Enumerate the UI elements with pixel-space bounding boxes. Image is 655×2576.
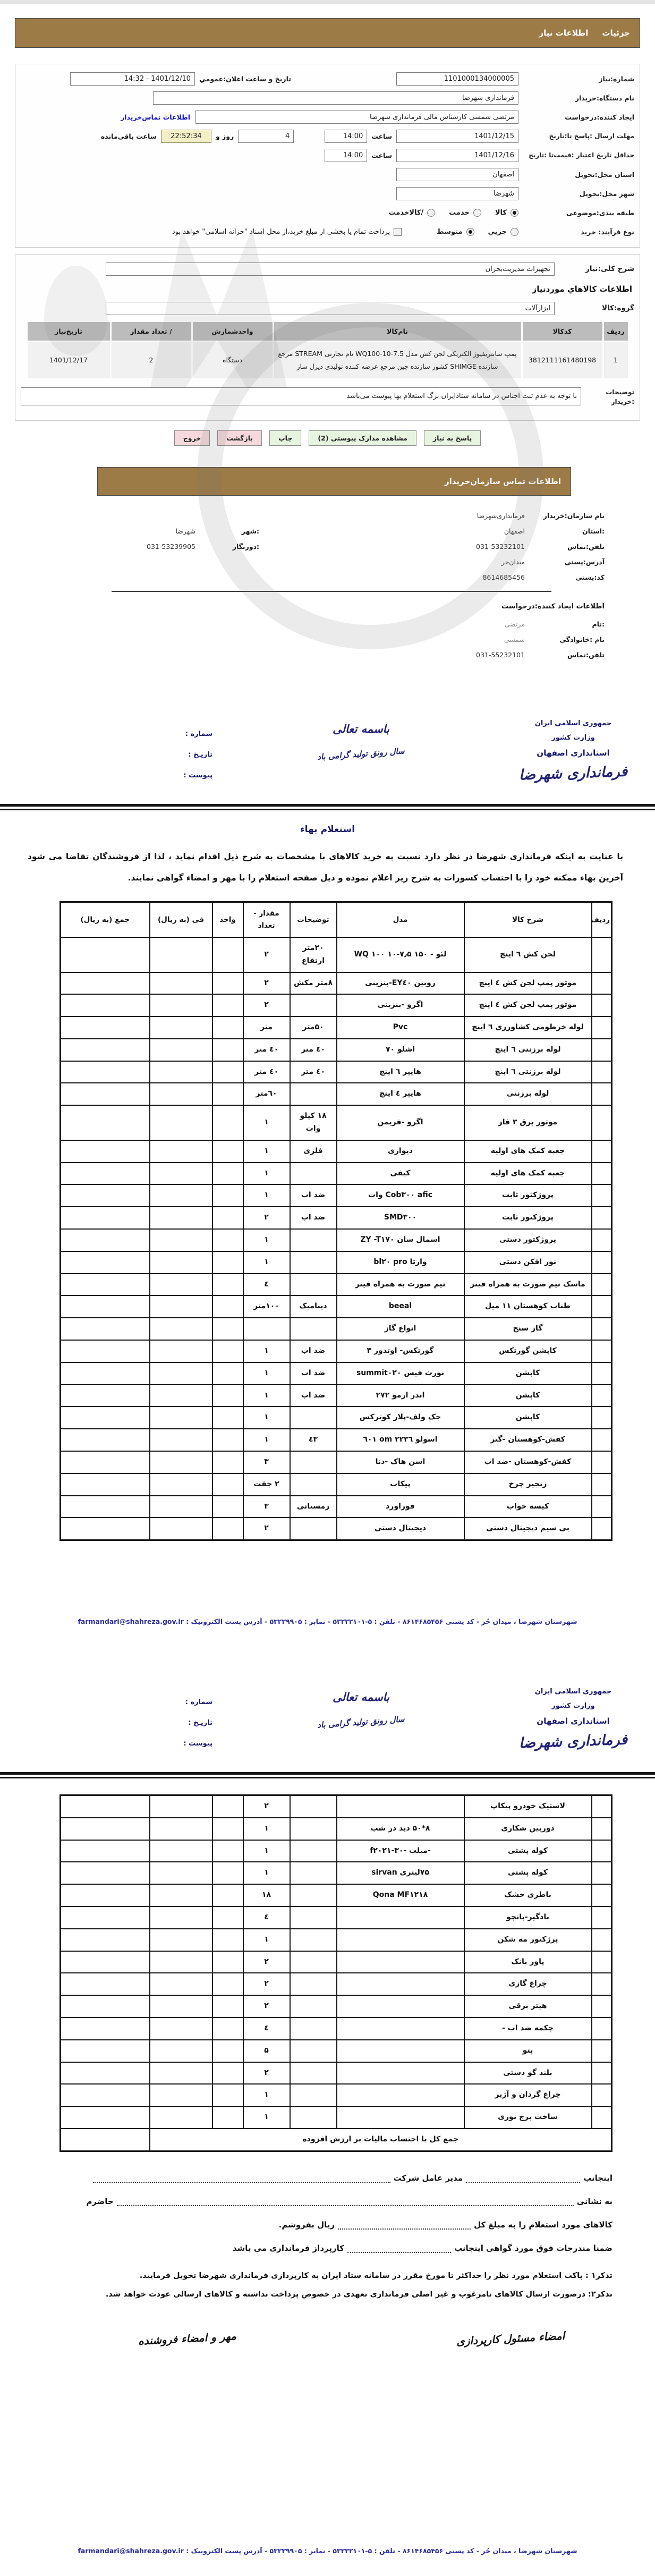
cell-model: روبین EY٤۰-بنزینی [337, 972, 464, 995]
doc-title: استعلام بهاء [0, 824, 655, 835]
cell-radif [592, 1039, 612, 1061]
cell-qty: ٤۰ متر [243, 1039, 290, 1061]
cell-radif [592, 1318, 612, 1340]
cell-qty: ۲ [243, 1973, 290, 1995]
cell-desc: جعبه کمک های اولیه [464, 1140, 592, 1163]
cell-qty: ۳ [243, 1451, 290, 1473]
col-radif: ردیف [604, 322, 628, 341]
cell-radif [592, 1840, 612, 1862]
org-postal-label: کد:پستی [525, 573, 605, 581]
cell-radif [592, 1518, 612, 1540]
radio-icon[interactable] [427, 209, 435, 217]
cell-price [150, 1884, 212, 1906]
tab-need-info[interactable]: اطلاعات نیاز [539, 28, 589, 38]
cell-unit [212, 1795, 243, 1818]
cell-total [61, 1207, 150, 1229]
cell-qty: ٤ [243, 1906, 290, 1929]
col-vahed: واحد [212, 902, 243, 937]
creator-fname-value: مرتضی [376, 620, 525, 628]
org-fax-label: :دورنگار [195, 543, 259, 550]
table-row: لوله برزنتی ٦ اینچ اشلو ۷۰ ٤۰ متر ٤۰ متر [61, 1039, 612, 1061]
cell-note [290, 1451, 337, 1473]
estelam-table-page1: ردیف شرح کالا مدل توضیحات مقدار - تعداد … [59, 901, 613, 1541]
cell-desc: کاپشن گورتکس [464, 1340, 592, 1362]
process-type-label: نوع فرآیند: خرید [518, 228, 634, 236]
cell-radif [592, 1818, 612, 1840]
action-button[interactable]: پاسخ به نیاز [424, 430, 481, 446]
cell-total [61, 2018, 150, 2040]
deadline-label: مهلت ارسال :پاسخ تا:تاریخ [518, 131, 634, 141]
cell-model [337, 1995, 464, 2018]
goods-info-heading: اطلاعات کالاهاي موردنیاز [23, 284, 632, 294]
cell-unit [212, 1951, 243, 1973]
cell-price [150, 1184, 212, 1207]
org-phone-value: 031-53232101 [376, 543, 525, 550]
cell-qty: ۲ [243, 2062, 290, 2084]
estelam-header-row: ردیف شرح کالا مدل توضیحات مقدار - تعداد … [61, 902, 612, 937]
radio-icon[interactable] [511, 209, 518, 217]
cell-price [150, 1207, 212, 1229]
cell-model: دیواری [337, 1140, 464, 1163]
cell-total [61, 1973, 150, 1995]
letterhead-county-calligraphy: فرمانداری شهرضا [509, 1731, 637, 1752]
cell-model: دیجیتال دستی [337, 1518, 464, 1540]
cell-desc: لوله برزنتی ٦ اینچ [464, 1061, 592, 1083]
table-row: لوله برزنتی ٦ اینچ هایپر ٦ اینچ ٤۰ متر ٤… [61, 1061, 612, 1083]
days-field[interactable]: 4 [238, 130, 294, 143]
cell-qty: ۱ [243, 1406, 290, 1429]
cell-price [150, 1016, 212, 1039]
cell-model [337, 2084, 464, 2106]
estelam-doc-page1: جمهوری اسلامی ایران وزارت کشور استانداری… [0, 707, 655, 1541]
cell-total [61, 1951, 150, 1973]
radio-icon[interactable] [473, 209, 481, 217]
cell-note [290, 1995, 337, 2018]
cell-radif [592, 1362, 612, 1385]
page1-footer: شهرستان شهرضا ، میدان حُر - کد پستی ۸۶۱۴… [0, 1617, 655, 1625]
cell-unit [212, 1496, 243, 1518]
cell-unit [212, 2062, 243, 2084]
classification-label: طبقه بندی:موضوعی [518, 209, 634, 217]
cell-model: beeal [337, 1295, 464, 1318]
letterhead-ministry: وزارت کشور [509, 734, 637, 742]
classification-radio-group: کالا خدمت /کالاخدمت [375, 209, 518, 217]
radio-label: جزيي [488, 228, 507, 236]
cell-total [61, 1229, 150, 1251]
cell-qty: ۱ [243, 1818, 290, 1840]
cell-unit: دستگاه [193, 342, 273, 378]
cell-radif [592, 1906, 612, 1929]
cell-model [337, 1795, 464, 1818]
cell-unit [212, 1973, 243, 1995]
cell-desc: پرژکتور مه شکن [464, 1929, 592, 1951]
cell-total [61, 1184, 150, 1207]
cell-unit [212, 1406, 243, 1429]
cell-price [150, 1995, 212, 2018]
cell-desc: کاپشن [464, 1362, 592, 1385]
cell-radif [592, 1016, 612, 1039]
tab-details[interactable]: جزئیات [602, 28, 630, 38]
cell-total [61, 1251, 150, 1274]
cell-total [61, 1163, 150, 1185]
cell-total [61, 1429, 150, 1451]
deadline-date-field[interactable]: 1401/12/15 [396, 130, 518, 143]
cell-radif [592, 1274, 612, 1296]
table-row: پروژکتور ثابت SMD۳۰۰ ضد اب ۲ [61, 1207, 612, 1229]
cell-unit [212, 1884, 243, 1906]
letterhead-center-column: باسمه تعالی سال رونق تولید گرامی باد [317, 1688, 405, 1754]
cell-note: ۸متر مکش [290, 972, 337, 995]
cell-note [290, 1518, 337, 1540]
grand-total-row: جمع کل با احتساب مالیات بر ارزش افزوده [61, 2129, 612, 2151]
letterhead-meta-column: شماره : تاریـخ : پیوست : [133, 719, 212, 786]
cell-unit [212, 1184, 243, 1207]
cell-note [290, 2040, 337, 2062]
buyer-contact-link[interactable]: اطلاعات تماس‌خریدار [121, 113, 190, 121]
letterhead: جمهوری اسلامی ایران وزارت کشور استانداری… [0, 1675, 655, 1754]
cell-note: ضد اب [290, 1340, 337, 1362]
cell-desc: لاستیک خودرو پیکاپ [464, 1795, 592, 1818]
table-row: ماسک نیم صورت به همراه فیتر نیم صورت به … [61, 1274, 612, 1296]
note-1: تذکر۱ : پاکت استعلام مورد نظر را حداکثر … [42, 2267, 613, 2285]
table-row: جعبه کمک های اولیه دیواری فلزی ۱ [61, 1140, 612, 1163]
table-row: زنجیر چرخ پیکاب ۲ جفت [61, 1473, 612, 1496]
cell-radif [592, 1140, 612, 1163]
cell-model [337, 2018, 464, 2040]
cell-note: دینامیک [290, 1295, 337, 1318]
cell-total [61, 1496, 150, 1518]
province-label: استان محل:تحویل [518, 171, 634, 179]
cell-note [290, 1818, 337, 1840]
letterhead-rule [0, 804, 655, 810]
cell-desc: گاز سنج [464, 1318, 592, 1340]
cell-radif [592, 1105, 612, 1140]
need-desc-field[interactable]: تجهیزات مدیریت‌بحران [106, 262, 555, 276]
city-field[interactable]: شهرضا [396, 187, 518, 200]
cell-price [150, 1862, 212, 1884]
col-meghdar: مقدار - تعداد [243, 902, 290, 937]
letter-number-label: شماره : [133, 724, 212, 744]
cell-qty: متر [243, 1016, 290, 1039]
cell-radif [592, 1473, 612, 1496]
cell-date: 1401/12/17 [28, 342, 110, 378]
cell-note [290, 1083, 337, 1105]
creator-field[interactable]: مرتضی شمسی کارشناس مالی فرمانداری شهرضا [195, 111, 518, 124]
cell-total [61, 1083, 150, 1105]
org-address-value: میدان‌حر [376, 558, 525, 566]
cell-desc: موتور پمپ لجن کش ٤ اینچ [464, 994, 592, 1016]
process-radio[interactable]: جزيي [488, 228, 519, 236]
org-contact-bar-title: اطلاعات تماس سازمان‌خریدار [445, 477, 561, 486]
treasury-checkbox-row[interactable]: پرداخت تمام یا بخشی از مبلغ خرید،از محل … [172, 228, 402, 236]
province-field[interactable]: اصفهان [396, 168, 518, 181]
cell-model [337, 1973, 464, 1995]
table-row: لاستیک خودرو پیکاپ ۲ [61, 1795, 612, 1818]
letter-attachment-label: پیوست : [133, 1733, 212, 1754]
cell-model: ۸*۵۰ دید در شب [337, 1818, 464, 1840]
letterhead-rule [0, 1772, 655, 1778]
cell-qty: ۱ [243, 1840, 290, 1862]
checkbox-icon[interactable] [394, 228, 402, 236]
cell-qty: 2 [112, 342, 191, 378]
cell-radif [592, 1184, 612, 1207]
table-row: طناب کوهستان ۱۱ میل beeal دینامیک ۱۰۰متر [61, 1295, 612, 1318]
cell-qty: ۱ [243, 1362, 290, 1385]
col-radif: ردیف [592, 902, 612, 937]
creator-lname-label: نام :خانوادگی [525, 635, 605, 643]
table-row: موتور پمپ لجن کش ٤ اینچ اگرو -بنزینی ۲ [61, 994, 612, 1016]
validity-time-field[interactable]: 14:00 [325, 149, 367, 162]
cell-name: پمپ سانتریفیوژ الکتریکی لجن کش مدل WQ100… [274, 342, 521, 378]
cell-total [61, 1016, 150, 1039]
announce-field[interactable]: 1401/12/10 - 14:32 [70, 72, 195, 86]
letter-number-label: شماره : [133, 1692, 212, 1713]
letterhead-country: جمهوری اسلامی ایران [509, 719, 637, 727]
cell-qty [243, 1318, 290, 1340]
cell-price [150, 1406, 212, 1429]
buyer-note-field[interactable]: با توجه به عدم ثبت اجناس در سامانه ستادا… [21, 387, 581, 405]
col-model: مدل [337, 902, 464, 937]
process-radio[interactable]: متوسط [437, 228, 474, 236]
cell-qty: ۱ [243, 1429, 290, 1451]
creator-label: ایجاد کننده:درخواست [518, 113, 634, 121]
action-button[interactable]: خروج [174, 430, 210, 446]
table-row: بادگیر-پانچو ٤ [61, 1906, 612, 1929]
cell-desc: ساخت برج نوری [464, 2106, 592, 2129]
cell-unit [212, 1429, 243, 1451]
cell-note: ٤۰ متر [290, 1039, 337, 1061]
deadline-time-field[interactable]: 14:00 [325, 130, 367, 143]
cell-qty: ۱ [243, 1140, 290, 1163]
validity-date-field[interactable]: 1401/12/16 [396, 149, 518, 162]
cell-total [61, 1995, 150, 2018]
cell-total [61, 1884, 150, 1906]
table-row: کاپشن اندر ارمو ۲۷۲ ضد اب ۱ [61, 1385, 612, 1407]
cell-price [150, 1906, 212, 1929]
treasury-checkbox-label: پرداخت تمام یا بخشی از مبلغ خرید،از محل … [172, 228, 390, 236]
cell-price [150, 1840, 212, 1862]
cell-model: Cob۳۰۰ afic وات [337, 1184, 464, 1207]
cell-model [337, 2106, 464, 2129]
cell-unit [212, 1251, 243, 1274]
buyer-org-label: نام دستگاه:خریدار [518, 94, 634, 102]
cell-index: 1 [604, 342, 628, 378]
procurement-screenshot: { "colors":{"accent_brown":"#9d7b47","bu… [0, 0, 655, 2576]
cell-note [290, 1884, 337, 1906]
buyer-org-field[interactable]: فرمانداری شهرضا [153, 91, 518, 105]
cell-price [150, 1140, 212, 1163]
cell-radif [592, 1951, 612, 1973]
cell-note: زمستانی [290, 1496, 337, 1518]
cell-qty: ٤ [243, 1274, 290, 1296]
table-row: چراغ گردان و آژیر ۱ [61, 2084, 612, 2106]
cell-desc: کاپشن [464, 1406, 592, 1429]
validity-hour-label: ساعت [371, 151, 392, 159]
cell-unit [212, 1362, 243, 1385]
radio-label: متوسط [437, 228, 462, 236]
action-button[interactable]: بازگشت [217, 430, 262, 446]
cell-model: اسولو om ۲۲۳٦ ٦۰۱ [337, 1429, 464, 1451]
cell-desc: چکمه ضد اب - [464, 2018, 592, 2040]
cell-total [61, 1862, 150, 1884]
cell-model: گورتکس- اوتدور ۳ [337, 1340, 464, 1362]
cell-qty: ۱ [243, 2106, 290, 2129]
cell-desc: لوله برزنتی [464, 1083, 592, 1105]
classification-radio[interactable]: خدمت [449, 209, 481, 217]
table-row: بی سیم دیجیتال دستی دیجیتال دستی ۲ [61, 1518, 612, 1540]
org-name-label: نام سازمان:خریدار [525, 512, 605, 520]
cell-desc: پروژکتور دستی [464, 1229, 592, 1251]
cell-unit [212, 1995, 243, 2018]
table-row: بلند گو دستی ۲ [61, 2062, 612, 2084]
cell-price [150, 2084, 212, 2106]
cell-desc: پروژکتور ثابت [464, 1184, 592, 1207]
table-row: کفش-کوهستان -گتر اسولو om ۲۲۳٦ ٦۰۱ ٤۳ ۱ [61, 1429, 612, 1451]
cell-desc: کوله پشتی [464, 1862, 592, 1884]
classification-radio[interactable]: کالا [495, 209, 518, 217]
cell-price [150, 1973, 212, 1995]
action-button[interactable]: چاپ [269, 430, 301, 446]
cell-model [337, 2040, 464, 2062]
cell-price [150, 1295, 212, 1318]
cell-price [150, 2018, 212, 2040]
cell-note [290, 1163, 337, 1185]
cell-radif [592, 1929, 612, 1951]
cell-radif [592, 972, 612, 995]
estelam-doc-page2: جمهوری اسلامی ایران وزارت کشور استانداری… [0, 1675, 655, 2345]
closing-text: ضمنا مندرجات فوق مورد گواهی اینجانب [454, 2243, 613, 2253]
cell-qty: ۲ [243, 1795, 290, 1818]
table-row: 1 3812111161480198 پمپ سانتریفیوژ الکتری… [28, 342, 628, 378]
cell-note [290, 2062, 337, 2084]
cell-desc: باطری خشک [464, 1884, 592, 1906]
cell-qty: ۲ جفت [243, 1473, 290, 1496]
cell-desc: طناب کوهستان ۱۱ میل [464, 1295, 592, 1318]
need-number-field[interactable]: 1101000134000005 [396, 72, 518, 86]
cell-radif [592, 1429, 612, 1451]
cell-radif [592, 1496, 612, 1518]
cell-price [150, 1429, 212, 1451]
cell-qty: ۵ [243, 2040, 290, 2062]
cell-unit [212, 1140, 243, 1163]
org-city-value: شهرضا [175, 527, 195, 535]
cell-model: وارتا bl۲۰ pro [337, 1251, 464, 1274]
cell-desc: ماسک نیم صورت به همراه فیتر [464, 1274, 592, 1296]
cell-note: ٤۳ [290, 1429, 337, 1451]
cell-note [290, 1862, 337, 1884]
cell-radif [592, 1340, 612, 1362]
cell-qty: ۱ [243, 1929, 290, 1951]
system-goods-table: ردیف کدکالا نام‌کالا واحدشمارش / تعداد م… [26, 320, 630, 380]
cell-model: نیم صورت به همراه فیتر [337, 1274, 464, 1296]
closing-line-3: کالاهای مورد استعلام را به مبلغ کل ریال … [42, 2220, 613, 2230]
cell-qty: ۱ [243, 1862, 290, 1884]
cell-price [150, 1795, 212, 1818]
letterhead: جمهوری اسلامی ایران وزارت کشور استانداری… [0, 707, 655, 786]
remaining-label: ساعت باقی‌مانده [101, 132, 157, 140]
cell-unit [212, 1083, 243, 1105]
cell-total [61, 1385, 150, 1407]
cell-code: 3812111161480198 [523, 342, 602, 378]
creator-lname-value: شمسی [376, 635, 525, 643]
browser-top-strip [0, 0, 655, 4]
table-row: پروژکتور ثابت Cob۳۰۰ afic وات ضد اب ۱ [61, 1184, 612, 1207]
letterhead-meta-column: شماره : تاریـخ : پیوست : [133, 1688, 212, 1754]
cell-note [290, 1318, 337, 1340]
cell-radif [592, 1795, 612, 1818]
col-sharh-kala: شرح کالا [464, 902, 592, 937]
cell-note: ۵۰متر [290, 1016, 337, 1039]
table-row: پرژکتور مه شکن ۱ [61, 1929, 612, 1951]
cell-total [61, 1362, 150, 1385]
cell-note [290, 1973, 337, 1995]
cell-price [150, 1251, 212, 1274]
letterhead-org-column: جمهوری اسلامی ایران وزارت کشور استانداری… [509, 1688, 637, 1754]
cell-note: ۲۰متر ارتفاع [290, 937, 337, 972]
cell-unit [212, 2040, 243, 2062]
cell-qty: ٤ [243, 2018, 290, 2040]
cell-radif [592, 1406, 612, 1429]
cell-unit [212, 1295, 243, 1318]
need-desc-label: شرح کلی:نیاز [555, 265, 634, 273]
radio-label: خدمت [449, 209, 470, 217]
estelam-table-page2: لاستیک خودرو پیکاپ ۲ دوربین شکاری ۸*۵۰ د… [59, 1794, 613, 2152]
cell-desc: کوله پشتی [464, 1840, 592, 1862]
cell-desc: چراغ گردان و آژیر [464, 2084, 592, 2106]
col-need-date: تاریخ‌نیاز [28, 322, 110, 341]
section-divider [112, 591, 551, 592]
cell-radif [592, 2106, 612, 2129]
cell-desc: لجن کش ٦ اینچ [464, 937, 592, 972]
closing-text: حاضرم [86, 2197, 113, 2206]
radio-icon[interactable] [466, 228, 474, 236]
action-button[interactable]: مشاهده مدارک پیوستی (2) [309, 430, 416, 446]
classification-radio[interactable]: /کالاخدمت [389, 209, 436, 217]
cell-price [150, 1105, 212, 1140]
cell-qty: ۱ [243, 1184, 290, 1207]
cell-qty: ۱۰۰متر [243, 1295, 290, 1318]
cell-price [150, 994, 212, 1016]
cell-qty: ۲ [243, 994, 290, 1016]
cell-price [150, 1385, 212, 1407]
group-field[interactable]: ابزارآلات [106, 302, 555, 315]
cell-price [150, 2040, 212, 2062]
cell-desc: کاپشن [464, 1385, 592, 1407]
cell-desc: موتور برق ۳ فاز [464, 1105, 592, 1140]
cell-unit [212, 1229, 243, 1251]
col-qty: / تعداد مقدار [112, 322, 191, 341]
radio-icon[interactable] [511, 228, 518, 236]
cell-note: ضد اب [290, 1385, 337, 1407]
cell-note [290, 2084, 337, 2106]
closing-line-4: ضمنا مندرجات فوق مورد گواهی اینجانب کارپ… [42, 2243, 613, 2253]
org-address-label: آدرس:پستی [525, 558, 605, 566]
cell-model: ۷۵لیتری sirvan [337, 1862, 464, 1884]
cell-note [290, 1795, 337, 1818]
cell-total [61, 1318, 150, 1340]
col-tozihat: توضیحات [290, 902, 337, 937]
cell-note [290, 1274, 337, 1296]
table-row: لجن کش ٦ اینچ لئو - ۱۵۰ WQ ۱۰۰ ۱۰-۷٫۵ ۲۰… [61, 937, 612, 972]
cell-unit [212, 937, 243, 972]
cell-qty: ۱ [243, 1105, 290, 1140]
cell-total [61, 994, 150, 1016]
blank-line [338, 2222, 471, 2230]
cell-price [150, 1929, 212, 1951]
cell-unit [212, 1163, 243, 1185]
cell-qty: ٤۰ متر [243, 1061, 290, 1083]
cell-price [150, 1163, 212, 1185]
